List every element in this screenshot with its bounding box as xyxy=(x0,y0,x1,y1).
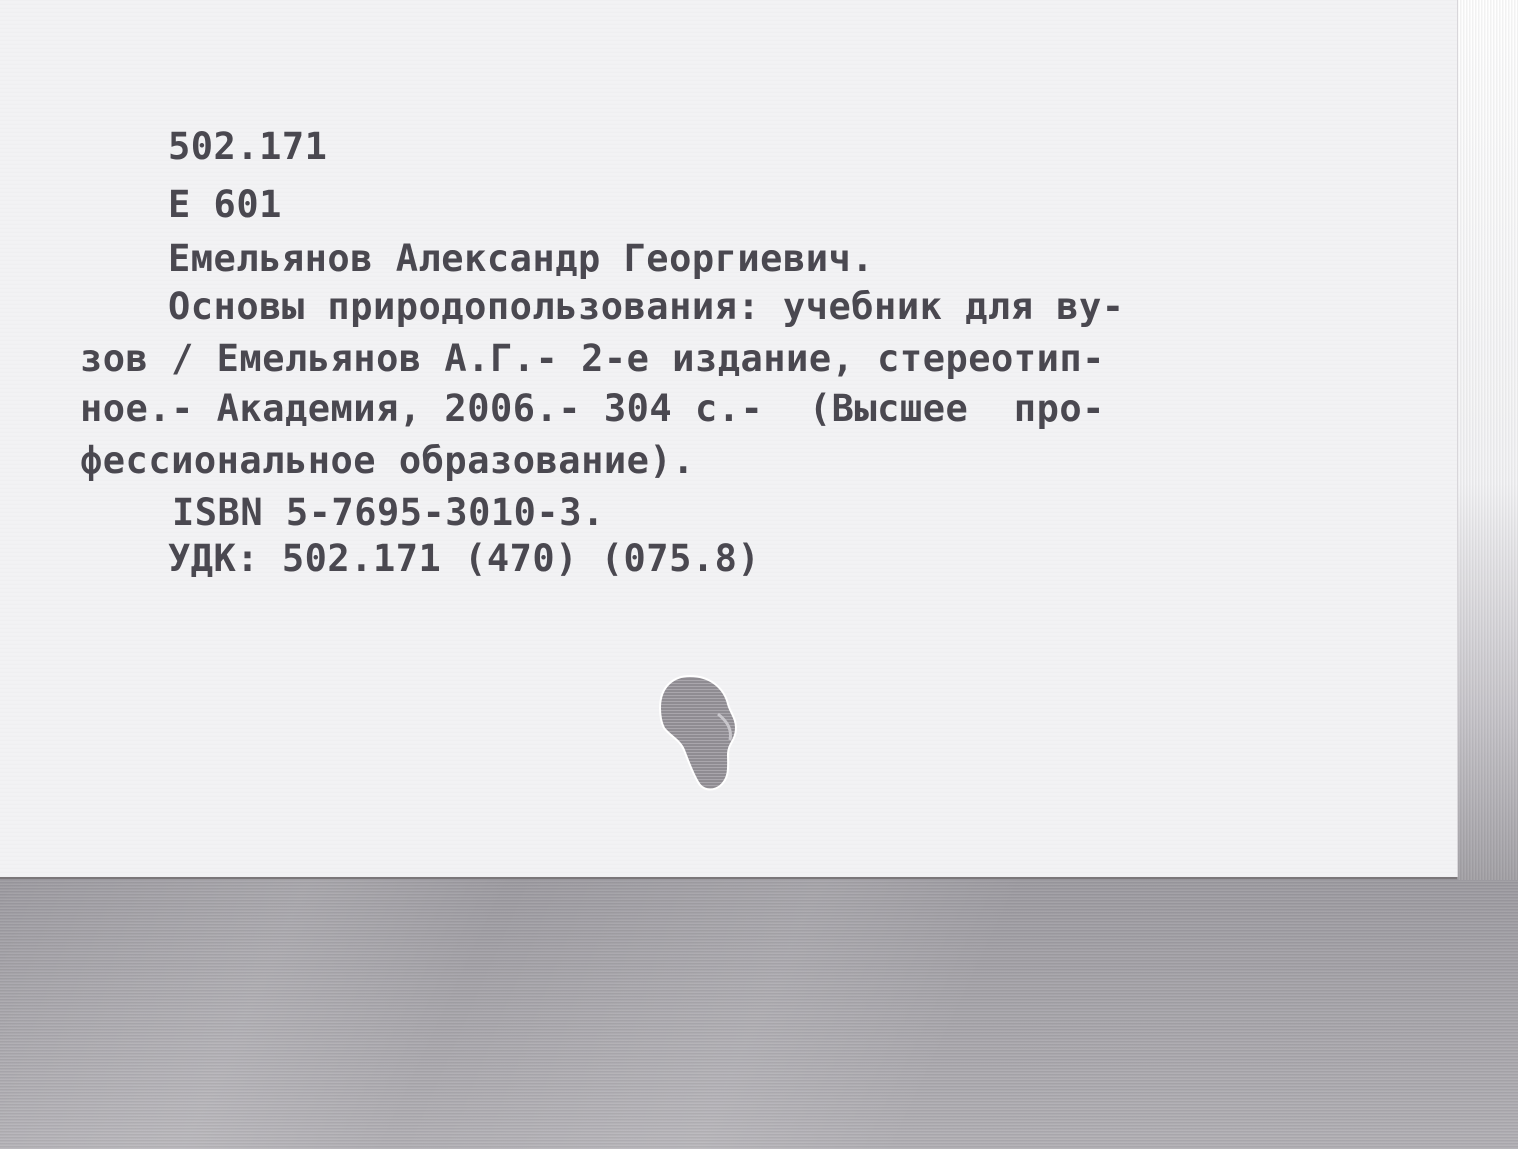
classification-code: 502.171 xyxy=(168,128,327,165)
udk-code: УДК: 502.171 (470) (075.8) xyxy=(168,540,760,577)
isbn: ISBN 5-7695-3010-3. xyxy=(172,494,605,531)
description-line: зов / Емельянов А.Г.- 2-е издание, стере… xyxy=(80,340,1105,377)
author-mark: Е 601 xyxy=(168,186,282,223)
description-line: Основы природопользования: учебник для в… xyxy=(168,288,1125,325)
catalog-card: 502.171 Е 601 Емельянов Александр Георги… xyxy=(0,0,1457,877)
punch-hole-icon xyxy=(658,674,738,794)
scanner-edge-strip xyxy=(1457,0,1518,880)
author-name: Емельянов Александр Георгиевич. xyxy=(168,240,874,277)
description-line: ное.- Академия, 2006.- 304 с.- (Высшее п… xyxy=(80,390,1105,427)
description-line: фессиональное образование). xyxy=(80,442,695,479)
card-text-block: 502.171 Е 601 Емельянов Александр Георги… xyxy=(0,0,91,473)
